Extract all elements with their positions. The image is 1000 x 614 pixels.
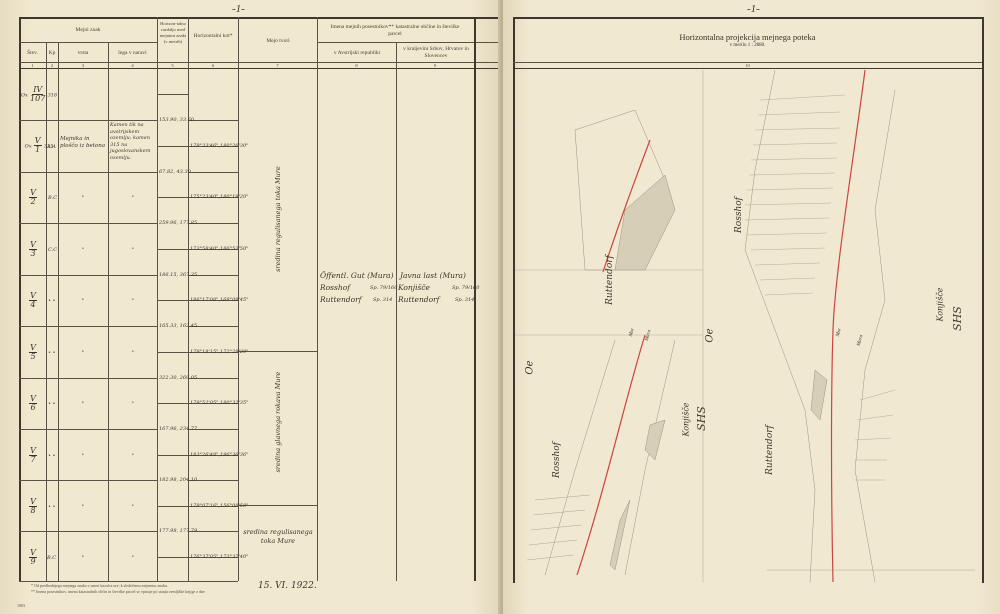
- row-divider: [19, 172, 157, 173]
- parcel-number: Sp. 314: [455, 297, 474, 303]
- angle-value: 179°07'16",156°08'58": [190, 503, 248, 509]
- table-row: V2: [20, 189, 46, 206]
- boundary-description: sredina glavnega rokava Mure: [274, 362, 282, 482]
- page-number: -1-: [747, 3, 760, 15]
- col-divider: [108, 42, 109, 581]
- kp-value: • •: [48, 401, 56, 407]
- ditto-mark: •: [82, 555, 84, 560]
- table-row: V7: [20, 447, 46, 464]
- map-title: Horizontalna projekcija mejnega poteka: [513, 32, 982, 42]
- mark-number: V5: [29, 344, 37, 361]
- col-divider: [157, 17, 158, 581]
- header-mejni-znak: Mejni znak: [19, 27, 157, 34]
- mark-number: V8: [29, 498, 37, 515]
- row-divider: [19, 275, 157, 276]
- distance-value: 322.30, 269.05: [159, 375, 197, 381]
- frame-right: [982, 17, 984, 583]
- angle-value: 186°17'08",169°09'45": [190, 297, 248, 303]
- header-divider: [19, 42, 157, 43]
- ditto-mark: •: [82, 298, 84, 303]
- row-divider: [19, 531, 157, 532]
- col-divider: [58, 42, 59, 581]
- frame-top: [513, 17, 982, 19]
- parcel-number: Sp. 79/160: [370, 285, 397, 291]
- print-mark: 1903: [17, 603, 25, 608]
- left-page-register: -1- Mejni znak Štev. Kp vrsta lega v nar…: [0, 0, 500, 614]
- ditto-mark: •: [132, 247, 134, 252]
- mark-number: V7: [29, 447, 37, 464]
- page-number: -1-: [232, 3, 245, 15]
- table-row: V4: [20, 292, 46, 309]
- angle-value: 183°26'48",196°36'36": [190, 452, 248, 458]
- column-number: 6: [188, 63, 238, 68]
- ditto-mark: •: [132, 298, 134, 303]
- col-divider: [188, 17, 189, 581]
- column-number: 9: [396, 63, 474, 68]
- column-number: 1: [19, 63, 46, 68]
- kp-value: • •: [48, 504, 56, 510]
- map-label-rosshof: Rosshof: [734, 197, 744, 233]
- map-label-shs: SHS: [695, 406, 708, 431]
- mark-suffix: 318: [48, 93, 58, 99]
- header-bottom: [513, 68, 982, 69]
- column-number: 4: [108, 63, 157, 68]
- mark-prefix: Ox: [25, 144, 32, 150]
- right-page-map: -1- Horizontalna projekcija mejnega pote…: [503, 0, 1000, 614]
- col-divider: [317, 17, 318, 581]
- kp-value: A.A: [47, 144, 56, 150]
- distance-value: 186.15, 367.35: [159, 272, 197, 278]
- mark-number: V9: [29, 549, 37, 566]
- mejo-divider: [238, 505, 317, 506]
- angle-value: 179°18'15",172°29'20": [190, 349, 248, 355]
- map-label-ruttendorf: Ruttendorf: [605, 255, 615, 305]
- map-label-oe: Oe: [525, 360, 536, 374]
- angle-value: 173°58'40",186°53'50": [190, 246, 248, 252]
- column-number: 10: [513, 63, 982, 68]
- ditto-mark: •: [82, 504, 84, 509]
- row-divider: [188, 120, 238, 121]
- table-row: V9: [20, 549, 46, 566]
- ditto-mark: •: [82, 195, 84, 200]
- ditto-mark: •: [132, 401, 134, 406]
- footnote: ** Imena posestnikov, imena katastralnih…: [31, 589, 205, 594]
- mark-number: V6: [29, 395, 37, 412]
- distance-value: 153.90, 33.60: [159, 117, 194, 123]
- header-kot: Horizontalni kot*: [190, 33, 236, 40]
- row-divider: [19, 120, 157, 121]
- header-bottom: [19, 68, 501, 69]
- boundary-description: sredina regulisanega toka Mure: [274, 159, 282, 279]
- row-divider: [19, 378, 157, 379]
- ditto-mark: •: [132, 555, 134, 560]
- table-top-border: [19, 17, 501, 19]
- owner-name: Rosshof: [320, 283, 350, 292]
- ditto-mark: •: [132, 350, 134, 355]
- distance-divider: [157, 94, 188, 95]
- header-avstrija: v Avstrijski republiki: [318, 50, 396, 57]
- kp-value: B.C: [47, 555, 56, 561]
- date-entry: 15. VI. 1922.: [258, 581, 317, 591]
- map-label-konjisce: Konjišče: [682, 402, 691, 436]
- ditto-mark: •: [132, 504, 134, 509]
- header-stev: Štev.: [19, 50, 46, 57]
- parcel-number: Sp. 79/160: [452, 285, 479, 291]
- mark-number: V4: [29, 292, 37, 309]
- distance-value: 167.96, 234.77: [159, 426, 197, 432]
- map-scale: v merilu 1 : 2880.: [513, 43, 982, 48]
- header-razdaljo: Horizon-talno razdaljo med mejnimi znaki…: [159, 21, 187, 45]
- row-divider: [19, 223, 157, 224]
- header-kraljevina: v kraljevini Srbov, Hrvatov in Slovencev: [398, 46, 474, 59]
- angle-value: 179°33'46",180°26'30": [190, 143, 248, 149]
- ditto-mark: •: [82, 401, 84, 406]
- kp-value: • •: [48, 350, 56, 356]
- row-divider: [19, 326, 157, 327]
- map-label-shs: SHS: [951, 306, 964, 331]
- header-kp: Kp: [46, 50, 58, 57]
- lega-value: Kamen tik na avstrijskem ozemlju; kamen …: [110, 122, 157, 161]
- row-divider: [188, 172, 238, 173]
- ditto-mark: •: [82, 247, 84, 252]
- mejo-divider: [238, 351, 317, 352]
- mark-prefix: Ox: [21, 93, 28, 99]
- column-number: 8: [317, 63, 396, 68]
- owner-name: Öffentl. Gut (Mura): [320, 271, 394, 280]
- mark-number: V1: [34, 137, 42, 154]
- angle-value: 176°37'05",173°37'40": [190, 554, 248, 560]
- distance-value: 67.82, 43.30: [159, 169, 191, 175]
- column-number: 7: [238, 63, 317, 68]
- map-label-oe: Oe: [705, 328, 716, 342]
- ditto-mark: •: [132, 195, 134, 200]
- boundary-description: sredina regulisanega toka Mure: [240, 528, 316, 546]
- footnote: * Od predhodnjega mejnega znaka v smeri …: [31, 583, 168, 588]
- header-imena: Imena mejnih posestnikov** katastralne o…: [330, 24, 460, 37]
- map-label-konjisce: Konjišče: [936, 287, 945, 321]
- ditto-mark: •: [132, 453, 134, 458]
- distance-value: 259.96, 177.85: [159, 220, 197, 226]
- table-row: V3: [20, 241, 46, 258]
- ditto-mark: •: [82, 350, 84, 355]
- table-row: V6: [20, 395, 46, 412]
- angle-value: 175°23'40",180°19'20": [190, 194, 248, 200]
- map-label-rosshof: Rosshof: [552, 442, 562, 478]
- header-mejo-tvori: Mejo tvori: [240, 38, 316, 45]
- col-divider: [396, 42, 397, 581]
- column-number: 3: [58, 63, 108, 68]
- owner-name: Ruttendorf: [398, 295, 439, 304]
- boundary-map-drawing: [515, 70, 981, 582]
- parcel-number: Sp. 314: [373, 297, 392, 303]
- mark-number: IV107: [30, 86, 45, 103]
- row-divider: [19, 429, 157, 430]
- kp-value: • •: [48, 298, 56, 304]
- kp-value: C.C: [48, 247, 57, 253]
- header-vrsta: vrsta: [58, 50, 108, 57]
- kp-value: • •: [48, 453, 56, 459]
- column-number: 5: [157, 63, 188, 68]
- table-bottom: [19, 581, 238, 582]
- owner-name: Ruttendorf: [320, 295, 361, 304]
- row-divider: [19, 480, 157, 481]
- angle-value: 179°52'05",180°32'35": [190, 400, 248, 406]
- owner-name: Konjišče: [398, 283, 430, 292]
- mark-number: V2: [29, 189, 37, 206]
- col-divider: [46, 42, 47, 581]
- distance-value: 177.98, 177.79: [159, 528, 197, 534]
- map-label-ruttendorf: Ruttendorf: [765, 425, 775, 475]
- header-lega: lega v naravi: [108, 50, 157, 57]
- owner-name: Javna last (Mura): [400, 271, 466, 280]
- distance-value: 165.33, 162.45: [159, 323, 197, 329]
- ditto-mark: •: [82, 453, 84, 458]
- vrsta-value: Mejnika in ploščo iz betona: [60, 136, 108, 150]
- distance-value: 182.98, 204.10: [159, 477, 197, 483]
- column-number: 2: [46, 63, 58, 68]
- table-row: Ox IV107 318: [20, 86, 58, 103]
- kp-value: B.C: [48, 195, 57, 201]
- table-row: V5: [20, 344, 46, 361]
- mark-number: V3: [29, 241, 37, 258]
- table-row: V8: [20, 498, 46, 515]
